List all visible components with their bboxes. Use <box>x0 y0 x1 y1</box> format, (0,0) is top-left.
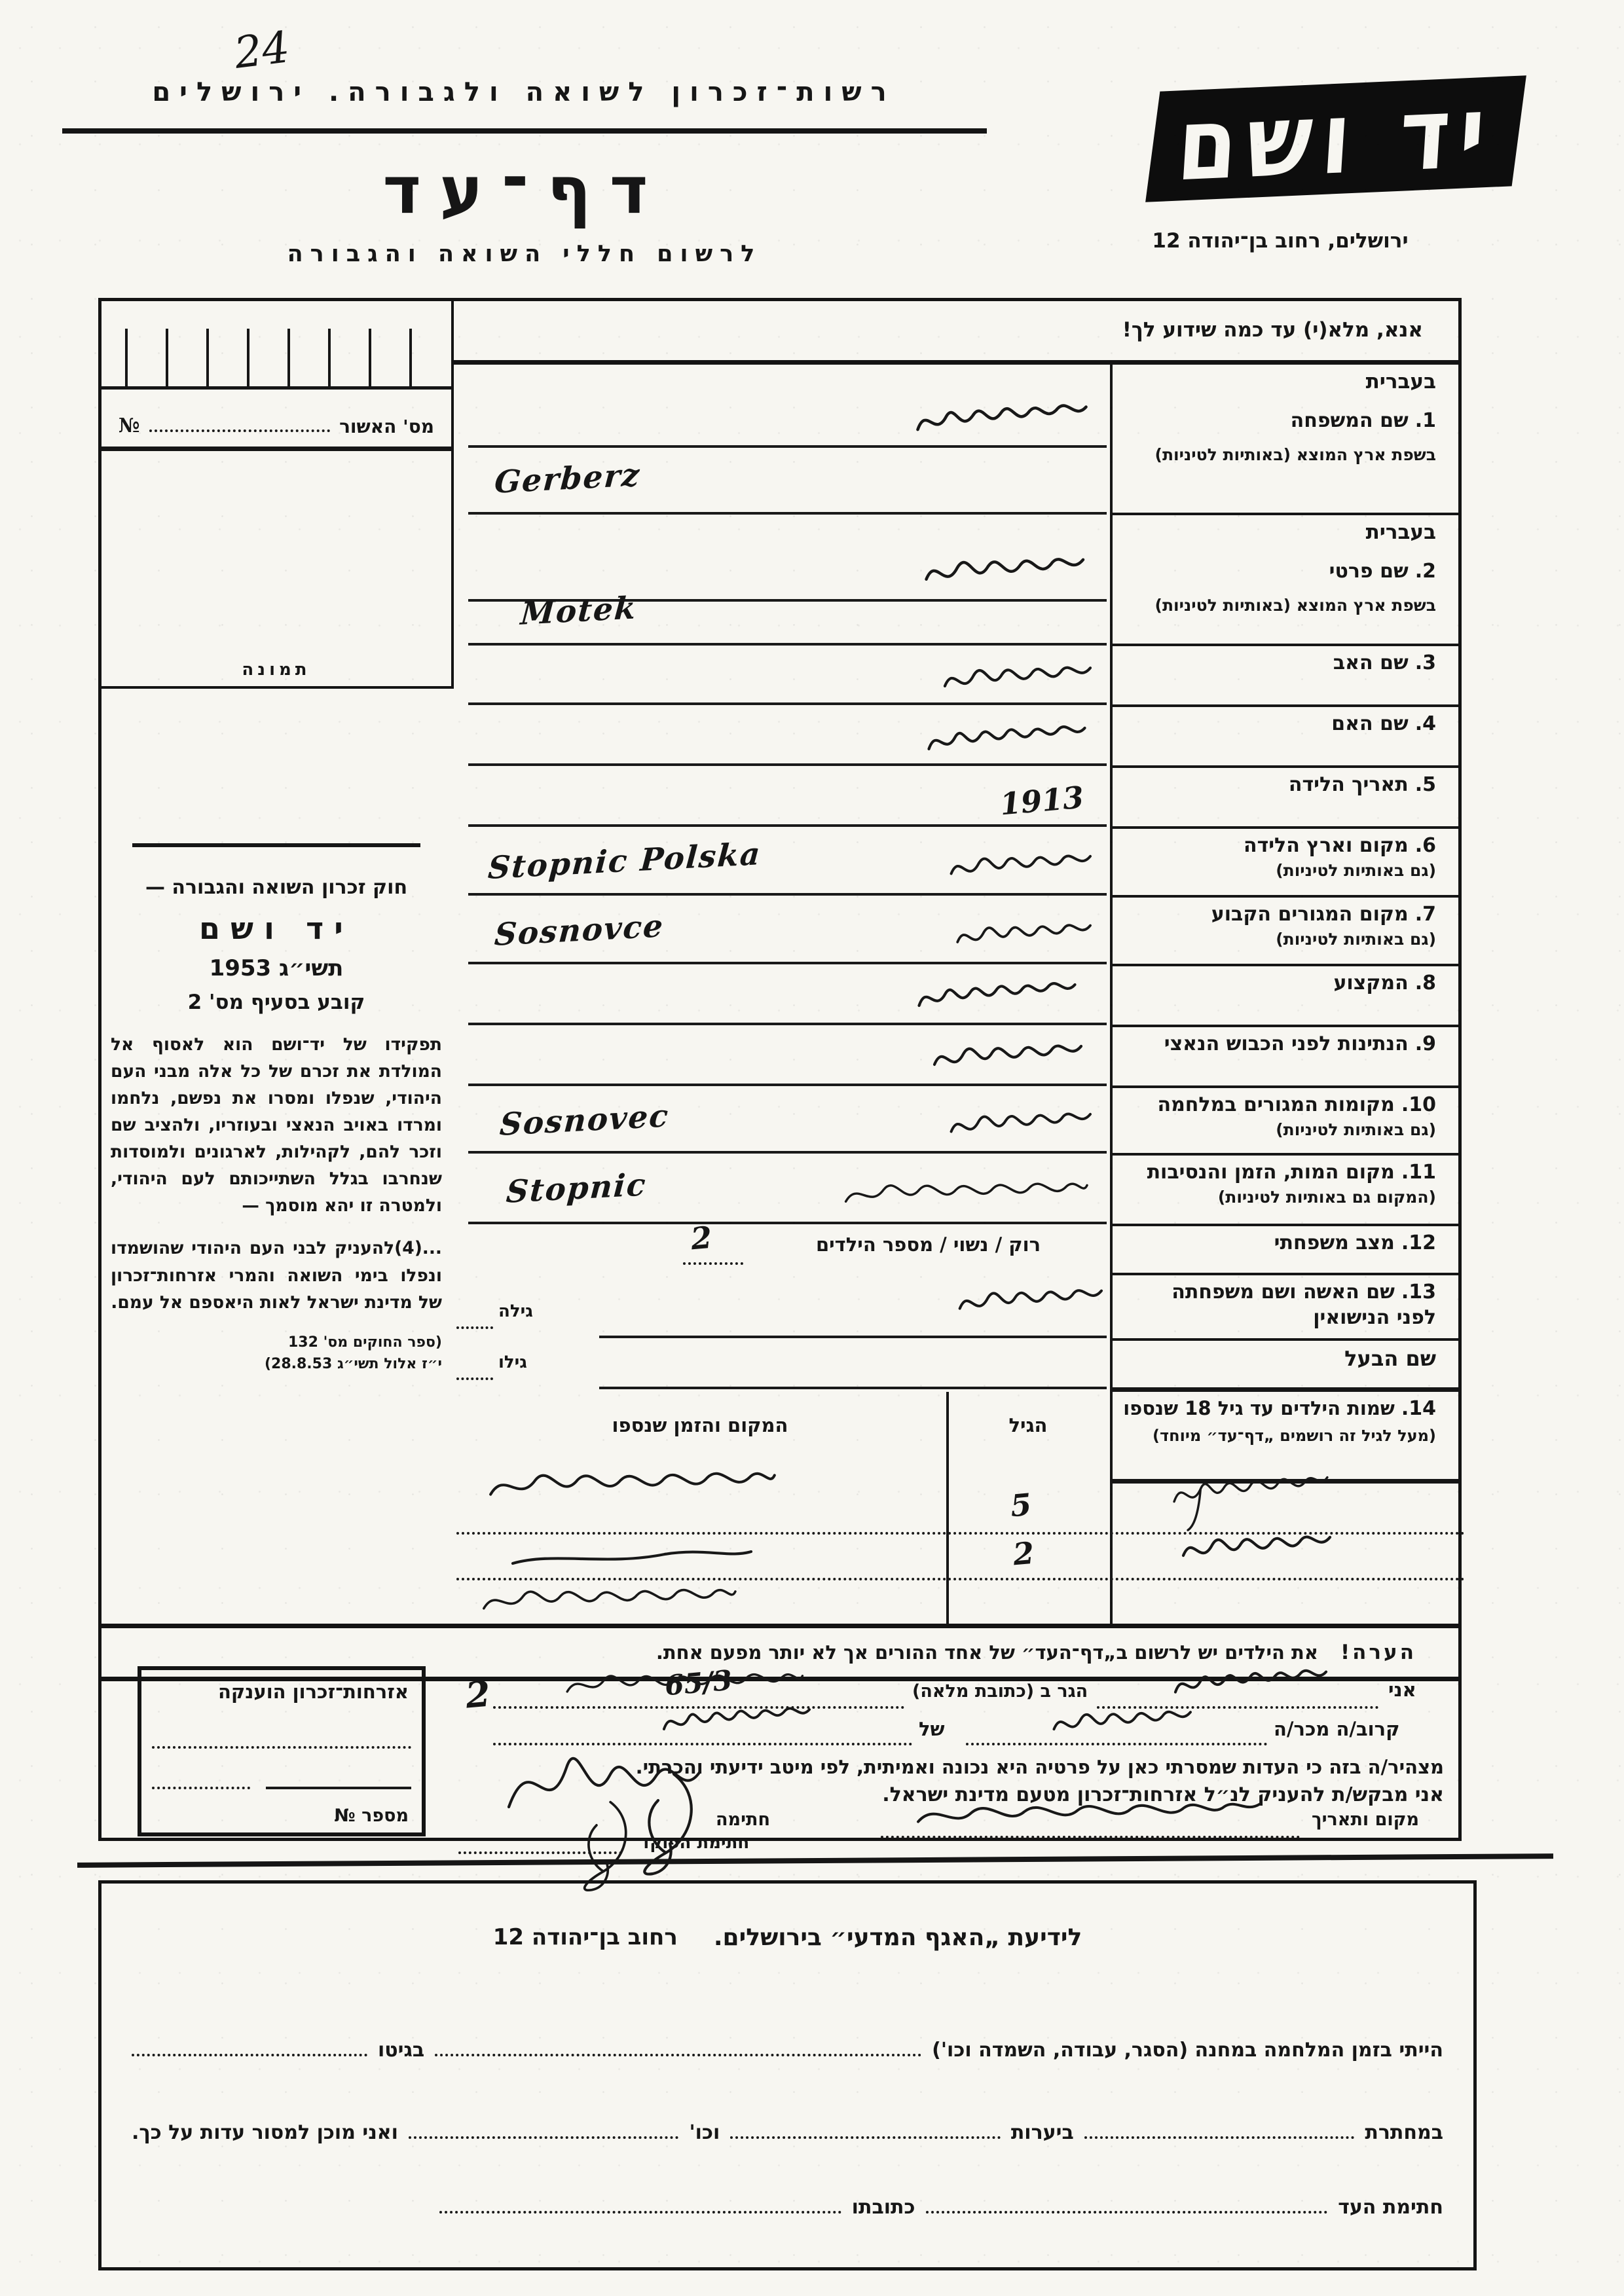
approval-number-row: מס' האשור № <box>101 399 451 437</box>
of-label: של <box>919 1718 945 1740</box>
scanned-form-page: 24 רשות־זכרון לשואה ולגבורה. ירושלים דף־… <box>0 0 1624 2296</box>
handwriting-scribble-mother <box>923 720 1090 759</box>
her-age-label: גילה <box>498 1302 533 1321</box>
field-label-2: בעברית 2.שם פרטי בשפת ארץ המוצא (באותיות… <box>1110 515 1458 646</box>
law-title: חוק זכרון השואה והגבורה — <box>111 876 442 899</box>
handwriting-scribble-nationality <box>923 1038 1087 1076</box>
logo-text: יד ושם <box>1175 82 1498 195</box>
yad-vashem-logo: יד ושם <box>1145 75 1526 202</box>
answer-line-3 <box>468 702 1107 705</box>
law-sidebar: חוק זכרון השואה והגבורה — יד ושם תשי״ג 1… <box>111 843 442 1375</box>
place-date-line <box>881 1836 1300 1838</box>
his-age-label: גילו <box>498 1353 527 1372</box>
lower-title-text: לידיעת „האגף המדעי״ בירושלים. <box>714 1924 1082 1951</box>
etc-label: וכו' <box>689 2121 720 2144</box>
citizenship-dotted-1 <box>152 1746 411 1749</box>
place-died-header: המקום והזמן שנספו <box>456 1414 944 1436</box>
relative-name-line <box>966 1743 1267 1745</box>
child-1-age: 5 <box>1009 1487 1033 1524</box>
answer-line-7 <box>468 962 1107 964</box>
forests-dotted <box>730 2136 1001 2139</box>
authority-line: רשות־זכרון לשואה ולגבורה. ירושלים <box>62 77 986 107</box>
field-label-10: 10.מקומות המגורים במלחמה (גם באותיות לטי… <box>1110 1088 1458 1156</box>
law-year: תשי״ג 1953 <box>111 955 442 981</box>
note-title: הערה! <box>1340 1641 1416 1664</box>
field-label-8: 8.המקצוע <box>1110 966 1458 1027</box>
answer-line-11 <box>468 1222 1107 1224</box>
witness-address-label: כתובתו <box>852 2196 915 2219</box>
handwriting-scribble-relative-name <box>1012 1705 1228 1740</box>
ready-to-testify-label: ואני מוכן למסור עדות על כך. <box>132 2121 398 2144</box>
marital-status-options: רוק / נשוי / מספר הילדים <box>750 1233 1107 1256</box>
handwriting-scribble-place-date <box>907 1794 1274 1832</box>
citizenship-box-title: אזרחות־זכרון הוענקה <box>218 1681 409 1703</box>
approval-number-sign: № <box>119 414 140 437</box>
underground-label: במחתרת <box>1365 2121 1443 2144</box>
handwriting-scribble-child-3-place <box>471 1579 747 1620</box>
handwriting-scribble-declarant-name <box>1130 1664 1372 1702</box>
citizenship-box: אזרחות־זכרון הוענקה מספר № <box>138 1666 426 1836</box>
citizenship-solid-line <box>266 1787 411 1789</box>
field-label-11: 11.מקום המות, הזמן והנסיבות (המקום גם בא… <box>1110 1156 1458 1226</box>
etc-dotted <box>409 2136 679 2139</box>
handwritten-first-name-latin: Motek <box>519 590 638 632</box>
note-text: את הילדים יש לרשום ב„דף־העד״ של אחד ההור… <box>656 1641 1318 1664</box>
witness-address-dotted <box>439 2211 841 2214</box>
answer-line-4 <box>468 763 1107 766</box>
answer-line-1-latin <box>468 512 1107 515</box>
law-paragraph-2: ...(4)להעניק לבני העם היהודי שהושמדו ונפ… <box>111 1235 442 1315</box>
main-form-box: אנא, מלא(י) עד כמה שידוע לך! מס' האשור №… <box>98 298 1462 1841</box>
witness-signature-dotted <box>926 2211 1328 2214</box>
handwriting-scribble-death-place-hebrew <box>841 1172 1090 1214</box>
answer-line-5 <box>468 824 1107 827</box>
comb-underline <box>101 386 451 390</box>
handwriting-scribble-child-1-name <box>1149 1468 1352 1533</box>
signature-label: חתימה <box>716 1810 770 1830</box>
lower-line-signature: חתימת העד כתובתו <box>132 2179 1443 2219</box>
forests-label: ביערות <box>1011 2121 1074 2144</box>
answer-line-8 <box>468 1023 1107 1025</box>
field-label-6: 6.מקום וארץ הלידה (גם באותיות לטיניות) <box>1110 829 1458 898</box>
section-divider-rule <box>77 1853 1553 1868</box>
signature-scribble-official <box>552 1795 650 1893</box>
handwritten-residence-latin: Sosnovce <box>493 908 665 953</box>
her-age-dotted <box>456 1326 493 1329</box>
field-label-1: בעברית 1.שם המשפחה בשפת ארץ המוצא (באותי… <box>1110 365 1458 515</box>
handwritten-page-number: 24 <box>232 22 293 79</box>
law-paragraph-1: תפקידו של יד־ושם הוא לאסוף אל המולדת את … <box>111 1031 442 1219</box>
law-clause: קובע בסעיף מס' 2 <box>111 991 442 1014</box>
approval-thick-rule <box>101 446 451 451</box>
camp-dotted <box>435 2054 921 2056</box>
answer-line-6 <box>468 893 1107 896</box>
handwriting-scribble-profession <box>910 977 1084 1016</box>
handwritten-war-residence-latin: Sosnovec <box>498 1098 671 1143</box>
ghetto-dotted <box>132 2054 367 2056</box>
ghetto-label: בגיטו <box>378 2039 424 2062</box>
declarant-i-label: אני <box>1388 1679 1416 1701</box>
place-date-label: מקום ותאריך <box>1312 1810 1419 1830</box>
field-label-3: 3.שם האב <box>1110 646 1458 707</box>
husband-answer-line <box>599 1387 1107 1389</box>
handwritten-family-name-latin: Gerberz <box>493 457 642 501</box>
his-age-dotted <box>456 1377 493 1380</box>
approval-photo-box: מס' האשור № תמונה <box>101 301 454 689</box>
form-subtitle: לרשום חללי השואה והגבורה <box>62 241 987 267</box>
wife-answer-line <box>599 1336 1107 1338</box>
handwriting-scribble-child-1-place <box>478 1461 786 1507</box>
header-rule <box>62 128 987 134</box>
logo-address: ירושלים, רחוב בן־יהודה 12 <box>1048 229 1513 253</box>
handwriting-scribble-firstname-hebrew <box>920 551 1084 592</box>
camp-label: הייתי בזמן המלחמה במחנה (הסגר, עבודה, הש… <box>932 2039 1443 2062</box>
handwriting-scribble-birthplace-hebrew <box>946 848 1090 885</box>
field-label-7: 7.מקום המגורים הקבוע (גם באותיות לטיניות… <box>1110 898 1458 966</box>
witness-signature-label: חתימת העד <box>1338 2196 1443 2219</box>
instruction-cell: אנא, מלא(י) עד כמה שידוע לך! <box>454 301 1458 365</box>
marital-dotted-line <box>683 1262 743 1265</box>
relative-label: קרוב/ה מכר/ה <box>1274 1718 1399 1740</box>
handwritten-birthplace-latin: Stopnic Polska <box>487 836 762 886</box>
lower-title: לידיעת „האגף המדעי״ בירושלים. רחוב בן־יה… <box>101 1924 1473 1951</box>
handwriting-scribble-child-2-name <box>1169 1529 1339 1567</box>
approval-label: מס' האשור <box>339 416 434 437</box>
handwritten-address-extra: 2 <box>464 1672 492 1716</box>
child-2-age: 2 <box>1012 1535 1036 1573</box>
field-label-4: 4.שם האם <box>1110 707 1458 768</box>
handwritten-birth-year: 1913 <box>999 780 1085 822</box>
citizenship-dotted-2 <box>152 1787 250 1789</box>
underground-dotted <box>1084 2136 1355 2139</box>
answer-line-1-hebrew <box>468 445 1107 448</box>
field-label-12: 12.מצב משפחתי <box>1110 1226 1458 1275</box>
handwriting-dash-child-2-place <box>507 1546 756 1570</box>
law-name: יד ושם <box>111 911 442 946</box>
answer-line-9 <box>468 1084 1107 1086</box>
field-label-9: 9.הנתינות לפני הכבוש הנאצי <box>1110 1027 1458 1088</box>
answer-line-2-latin <box>468 643 1107 646</box>
lower-info-box: לידיעת „האגף המדעי״ בירושלים. רחוב בן־יה… <box>98 1880 1477 2270</box>
age-header: הגיל <box>949 1414 1107 1436</box>
lower-line-camp: הייתי בזמן המלחמה במחנה (הסגר, עבודה, הש… <box>132 2022 1443 2062</box>
lower-title-address: רחוב בן־יהודה 12 <box>493 1924 678 1951</box>
answer-line-10 <box>468 1151 1107 1154</box>
resides-label: הגר ב (כתובת מלאה) <box>912 1681 1088 1702</box>
lower-line-underground: במחתרת ביערות וכו' ואני מוכן למסור עדות … <box>132 2105 1443 2144</box>
handwriting-scribble-residence-hebrew <box>953 918 1090 953</box>
form-title: דף־עד <box>62 152 987 228</box>
handwritten-children-count: 2 <box>690 1220 714 1257</box>
field-label-husband: שם הבעל <box>1110 1341 1458 1392</box>
law-reference: (ספר החוקים מס' 132י״ז אלול תשי״ג 28.8.5… <box>111 1332 442 1375</box>
law-top-rule <box>132 843 420 847</box>
handwriting-scribble-declarant-address <box>534 1664 835 1702</box>
handwriting-scribble-family-hebrew <box>913 398 1090 441</box>
approval-dotted-line <box>149 429 330 432</box>
citizenship-number-label: מספר № <box>334 1806 409 1826</box>
field-label-5: 5.תאריך הלידה <box>1110 768 1458 829</box>
field-label-13: 13.שם האשה ושם משפחתה לפני הנישואין <box>1110 1275 1458 1341</box>
photo-label: תמונה <box>101 660 451 680</box>
handwriting-scribble-father <box>940 660 1090 698</box>
handwriting-scribble-wife-name <box>950 1283 1107 1320</box>
handwritten-death-place-latin: Stopnic <box>505 1167 648 1211</box>
handwriting-scribble-war-residence-hebrew <box>946 1106 1090 1143</box>
